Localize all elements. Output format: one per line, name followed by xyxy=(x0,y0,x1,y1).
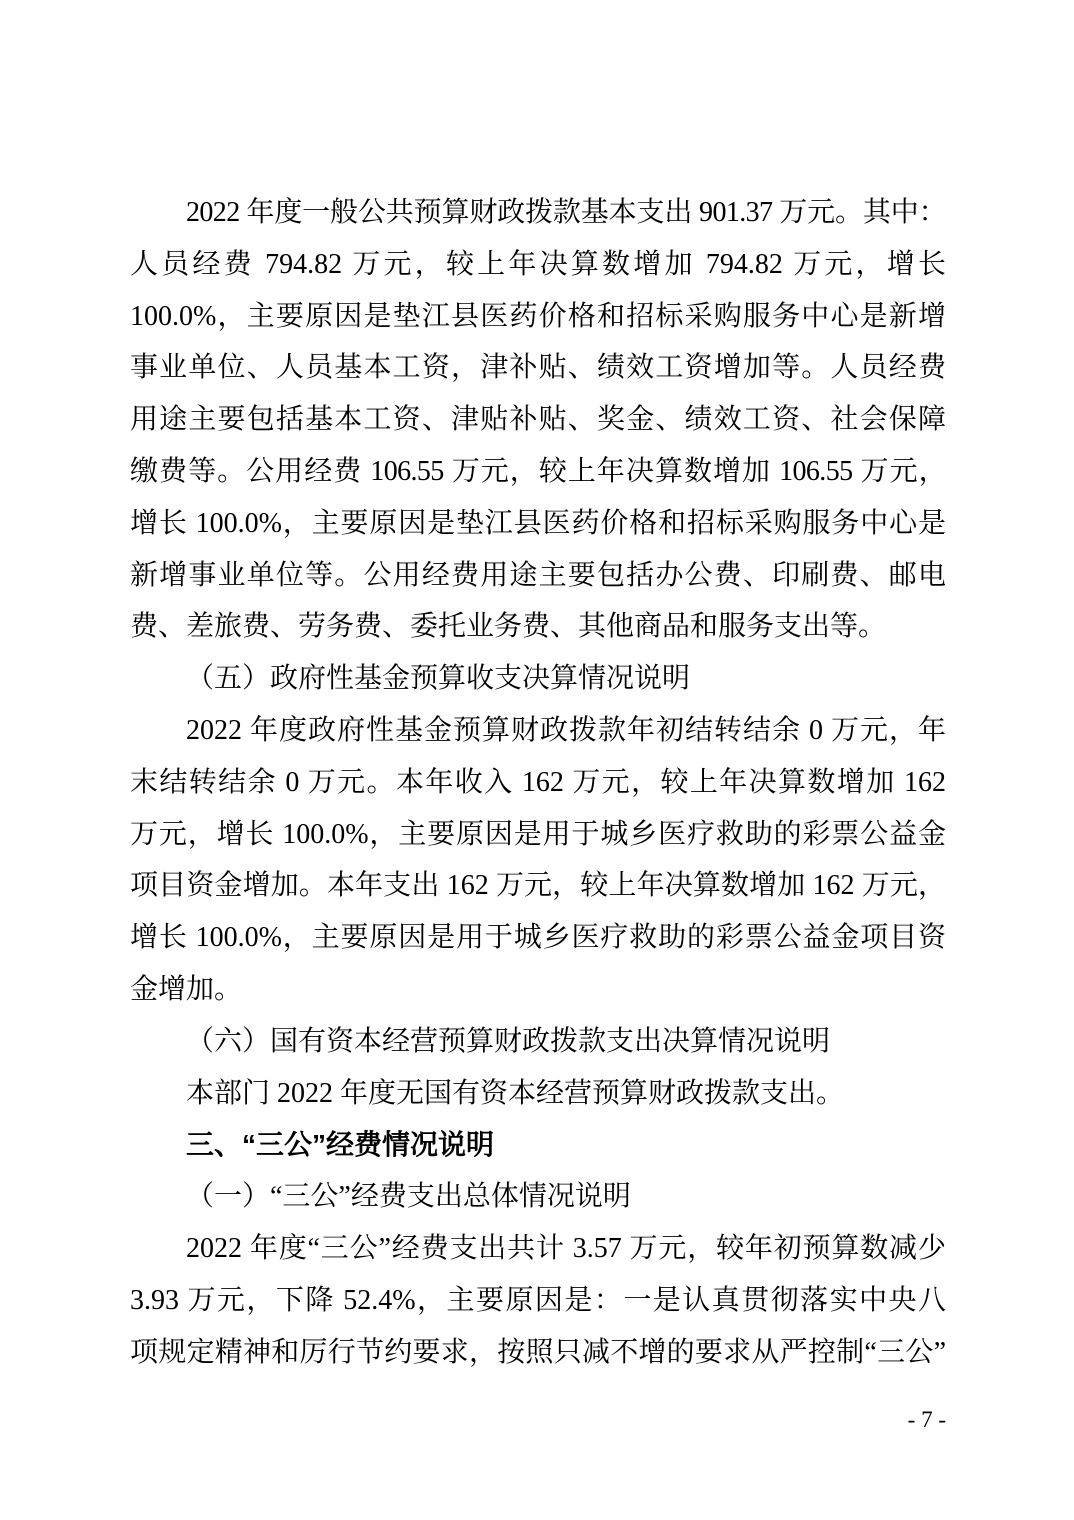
para-basic-expenditure-line-2: 人员经费 794.82 万元，较上年决算数增加 794.82 万元，增长 xyxy=(130,239,946,291)
heading-state-capital-budget: （六）国有资本经营预算财政拨款支出决算情况说明 xyxy=(130,1016,946,1068)
para-three-public-line-1: 2022 年度“三公”经费支出共计 3.57 万元，较年初预算数减少 xyxy=(130,1223,946,1275)
para-basic-expenditure-line-8: 新增事业单位等。公用经费用途主要包括办公费、印刷费、邮电 xyxy=(130,550,946,602)
para-gov-fund-line-2: 末结转结余 0 万元。本年收入 162 万元，较上年决算数增加 162 xyxy=(130,757,946,809)
para-basic-expenditure-line-9: 费、差旅费、劳务费、委托业务费、其他商品和服务支出等。 xyxy=(130,601,946,653)
para-basic-expenditure-line-3: 100.0%，主要原因是垫江县医药价格和招标采购服务中心是新增 xyxy=(130,291,946,343)
heading-gov-fund-budget: （五）政府性基金预算收支决算情况说明 xyxy=(130,653,946,705)
para-gov-fund-line-1: 2022 年度政府性基金预算财政拨款年初结转结余 0 万元，年 xyxy=(130,705,946,757)
para-gov-fund-line-5: 增长 100.0%，主要原因是用于城乡医疗救助的彩票公益金项目资 xyxy=(130,912,946,964)
document-body: 2022 年度一般公共预算财政拨款基本支出 901.37 万元。其中： 人员经费… xyxy=(130,187,946,1378)
para-three-public-line-3: 项规定精神和厉行节约要求，按照只减不增的要求从严控制“三公” xyxy=(130,1327,946,1379)
document-page: 2022 年度一般公共预算财政拨款基本支出 901.37 万元。其中： 人员经费… xyxy=(0,0,1074,1520)
para-basic-expenditure-line-5: 用途主要包括基本工资、津贴补贴、奖金、绩效工资、社会保障 xyxy=(130,394,946,446)
heading-three-public-overview: （一）“三公”经费支出总体情况说明 xyxy=(130,1171,946,1223)
para-gov-fund-line-4: 项目资金增加。本年支出 162 万元，较上年决算数增加 162 万元， xyxy=(130,860,946,912)
para-gov-fund-line-3: 万元，增长 100.0%，主要原因是用于城乡医疗救助的彩票公益金 xyxy=(130,809,946,861)
para-basic-expenditure-line-7: 增长 100.0%，主要原因是垫江县医药价格和招标采购服务中心是 xyxy=(130,498,946,550)
para-gov-fund-line-6: 金增加。 xyxy=(130,964,946,1016)
para-basic-expenditure-line-6: 缴费等。公用经费 106.55 万元，较上年决算数增加 106.55 万元， xyxy=(130,446,946,498)
para-three-public-line-2: 3.93 万元，下降 52.4%，主要原因是：一是认真贯彻落实中央八 xyxy=(130,1275,946,1327)
page-number: - 7 - xyxy=(130,1406,946,1434)
para-no-state-capital: 本部门 2022 年度无国有资本经营预算财政拨款支出。 xyxy=(130,1068,946,1120)
para-basic-expenditure-line-1: 2022 年度一般公共预算财政拨款基本支出 901.37 万元。其中： xyxy=(130,187,946,239)
heading-three-public-funds: 三、“三公”经费情况说明 xyxy=(130,1119,946,1171)
para-basic-expenditure-line-4: 事业单位、人员基本工资，津补贴、绩效工资增加等。人员经费 xyxy=(130,342,946,394)
